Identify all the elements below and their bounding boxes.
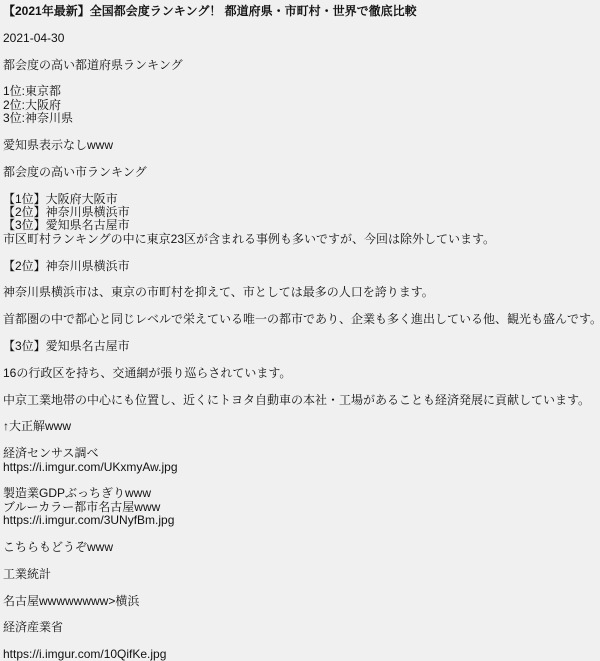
ministry-label: 経済産業省 — [3, 621, 598, 634]
pref-rank-3: 3位:神奈川県 — [3, 112, 598, 125]
correct-comment: ↑大正解www — [3, 420, 598, 433]
nagoya-desc-2: 中京工業地帯の中心にも位置し、近くにトヨタ自動車の本社・工場があることも経済発展… — [3, 394, 598, 407]
title-block: 【2021年最新】全国都会度ランキング！ 都道府県・市町村・世界で徹底比較 — [3, 5, 598, 18]
comparison-comment: 名古屋wwwwwwww>横浜 — [3, 595, 598, 608]
aichi-note-block: 愛知県表示なしwww — [3, 139, 598, 152]
yokohama-desc-1: 神奈川県横浜市は、東京の市町村を抑えて、市としては最多の人口を誇ります。 — [3, 286, 598, 299]
ministry-imgur-url: https://i.imgur.com/10QifKe.jpg — [3, 648, 598, 661]
post-date: 2021-04-30 — [3, 32, 598, 45]
industry-stats-block: 工業統計 — [3, 568, 598, 581]
nagoya-heading: 【3位】愛知県名古屋市 — [3, 340, 598, 353]
pref-rank-1: 1位:東京都 — [3, 85, 598, 98]
comparison-comment-block: 名古屋wwwwwwww>横浜 — [3, 595, 598, 608]
city-rank-3: 【3位】愛知県名古屋市 — [3, 219, 598, 232]
pref-ranking-heading: 都会度の高い都道府県ランキング — [3, 59, 598, 72]
census-block: 経済センサス調べ https://i.imgur.com/UKxmyAw.jpg — [3, 447, 598, 474]
yokohama-heading: 【2位】神奈川県横浜市 — [3, 260, 598, 273]
census-label: 経済センサス調べ — [3, 447, 598, 460]
date-block: 2021-04-30 — [3, 32, 598, 45]
yokohama-desc2-block: 首都圏の中で都心と同じレベルで栄えている唯一の都市であり、企業も多く進出している… — [3, 313, 598, 326]
nagoya-desc-1: 16の行政区を持ち、交通網が張り巡らされています。 — [3, 367, 598, 380]
nagoya-desc2-block: 中京工業地帯の中心にも位置し、近くにトヨタ自動車の本社・工場があることも経済発展… — [3, 394, 598, 407]
city-rank-1: 【1位】大阪府大阪市 — [3, 193, 598, 206]
more-comment: こちらもどうぞwww — [3, 541, 598, 554]
gdp-imgur-url: https://i.imgur.com/3UNyfBm.jpg — [3, 514, 598, 527]
city-ranking-list: 【1位】大阪府大阪市 【2位】神奈川県横浜市 【3位】愛知県名古屋市 市区町村ラ… — [3, 193, 598, 247]
gdp-block: 製造業GDPぶっちぎりwww ブルーカラー都市名古屋www https://i.… — [3, 487, 598, 527]
yokohama-desc-2: 首都圏の中で都心と同じレベルで栄えている唯一の都市であり、企業も多く進出している… — [3, 313, 598, 326]
pref-ranking-list: 1位:東京都 2位:大阪府 3位:神奈川県 — [3, 85, 598, 125]
document-page: 【2021年最新】全国都会度ランキング！ 都道府県・市町村・世界で徹底比較 20… — [0, 0, 600, 661]
nagoya-desc1-block: 16の行政区を持ち、交通網が張り巡らされています。 — [3, 367, 598, 380]
city-ranking-heading-block: 都会度の高い市ランキング — [3, 166, 598, 179]
more-comment-block: こちらもどうぞwww — [3, 541, 598, 554]
nagoya-heading-block: 【3位】愛知県名古屋市 — [3, 340, 598, 353]
correct-comment-block: ↑大正解www — [3, 420, 598, 433]
yokohama-desc1-block: 神奈川県横浜市は、東京の市町村を抑えて、市としては最多の人口を誇ります。 — [3, 286, 598, 299]
pref-rank-2: 2位:大阪府 — [3, 99, 598, 112]
pref-ranking-heading-block: 都会度の高い都道府県ランキング — [3, 59, 598, 72]
industry-stats-label: 工業統計 — [3, 568, 598, 581]
city-ranking-heading: 都会度の高い市ランキング — [3, 166, 598, 179]
census-imgur-url: https://i.imgur.com/UKxmyAw.jpg — [3, 461, 598, 474]
page-title: 【2021年最新】全国都会度ランキング！ 都道府県・市町村・世界で徹底比較 — [3, 5, 598, 18]
ministry-block: 経済産業省 — [3, 621, 598, 634]
gdp-comment-1: 製造業GDPぶっちぎりwww — [3, 487, 598, 500]
ministry-url-block: https://i.imgur.com/10QifKe.jpg — [3, 648, 598, 661]
gdp-comment-2: ブルーカラー都市名古屋www — [3, 501, 598, 514]
aichi-note: 愛知県表示なしwww — [3, 139, 598, 152]
yokohama-heading-block: 【2位】神奈川県横浜市 — [3, 260, 598, 273]
tokyo23-exclusion-note: 市区町村ランキングの中に東京23区が含まれる事例も多いですが、今回は除外していま… — [3, 233, 598, 246]
